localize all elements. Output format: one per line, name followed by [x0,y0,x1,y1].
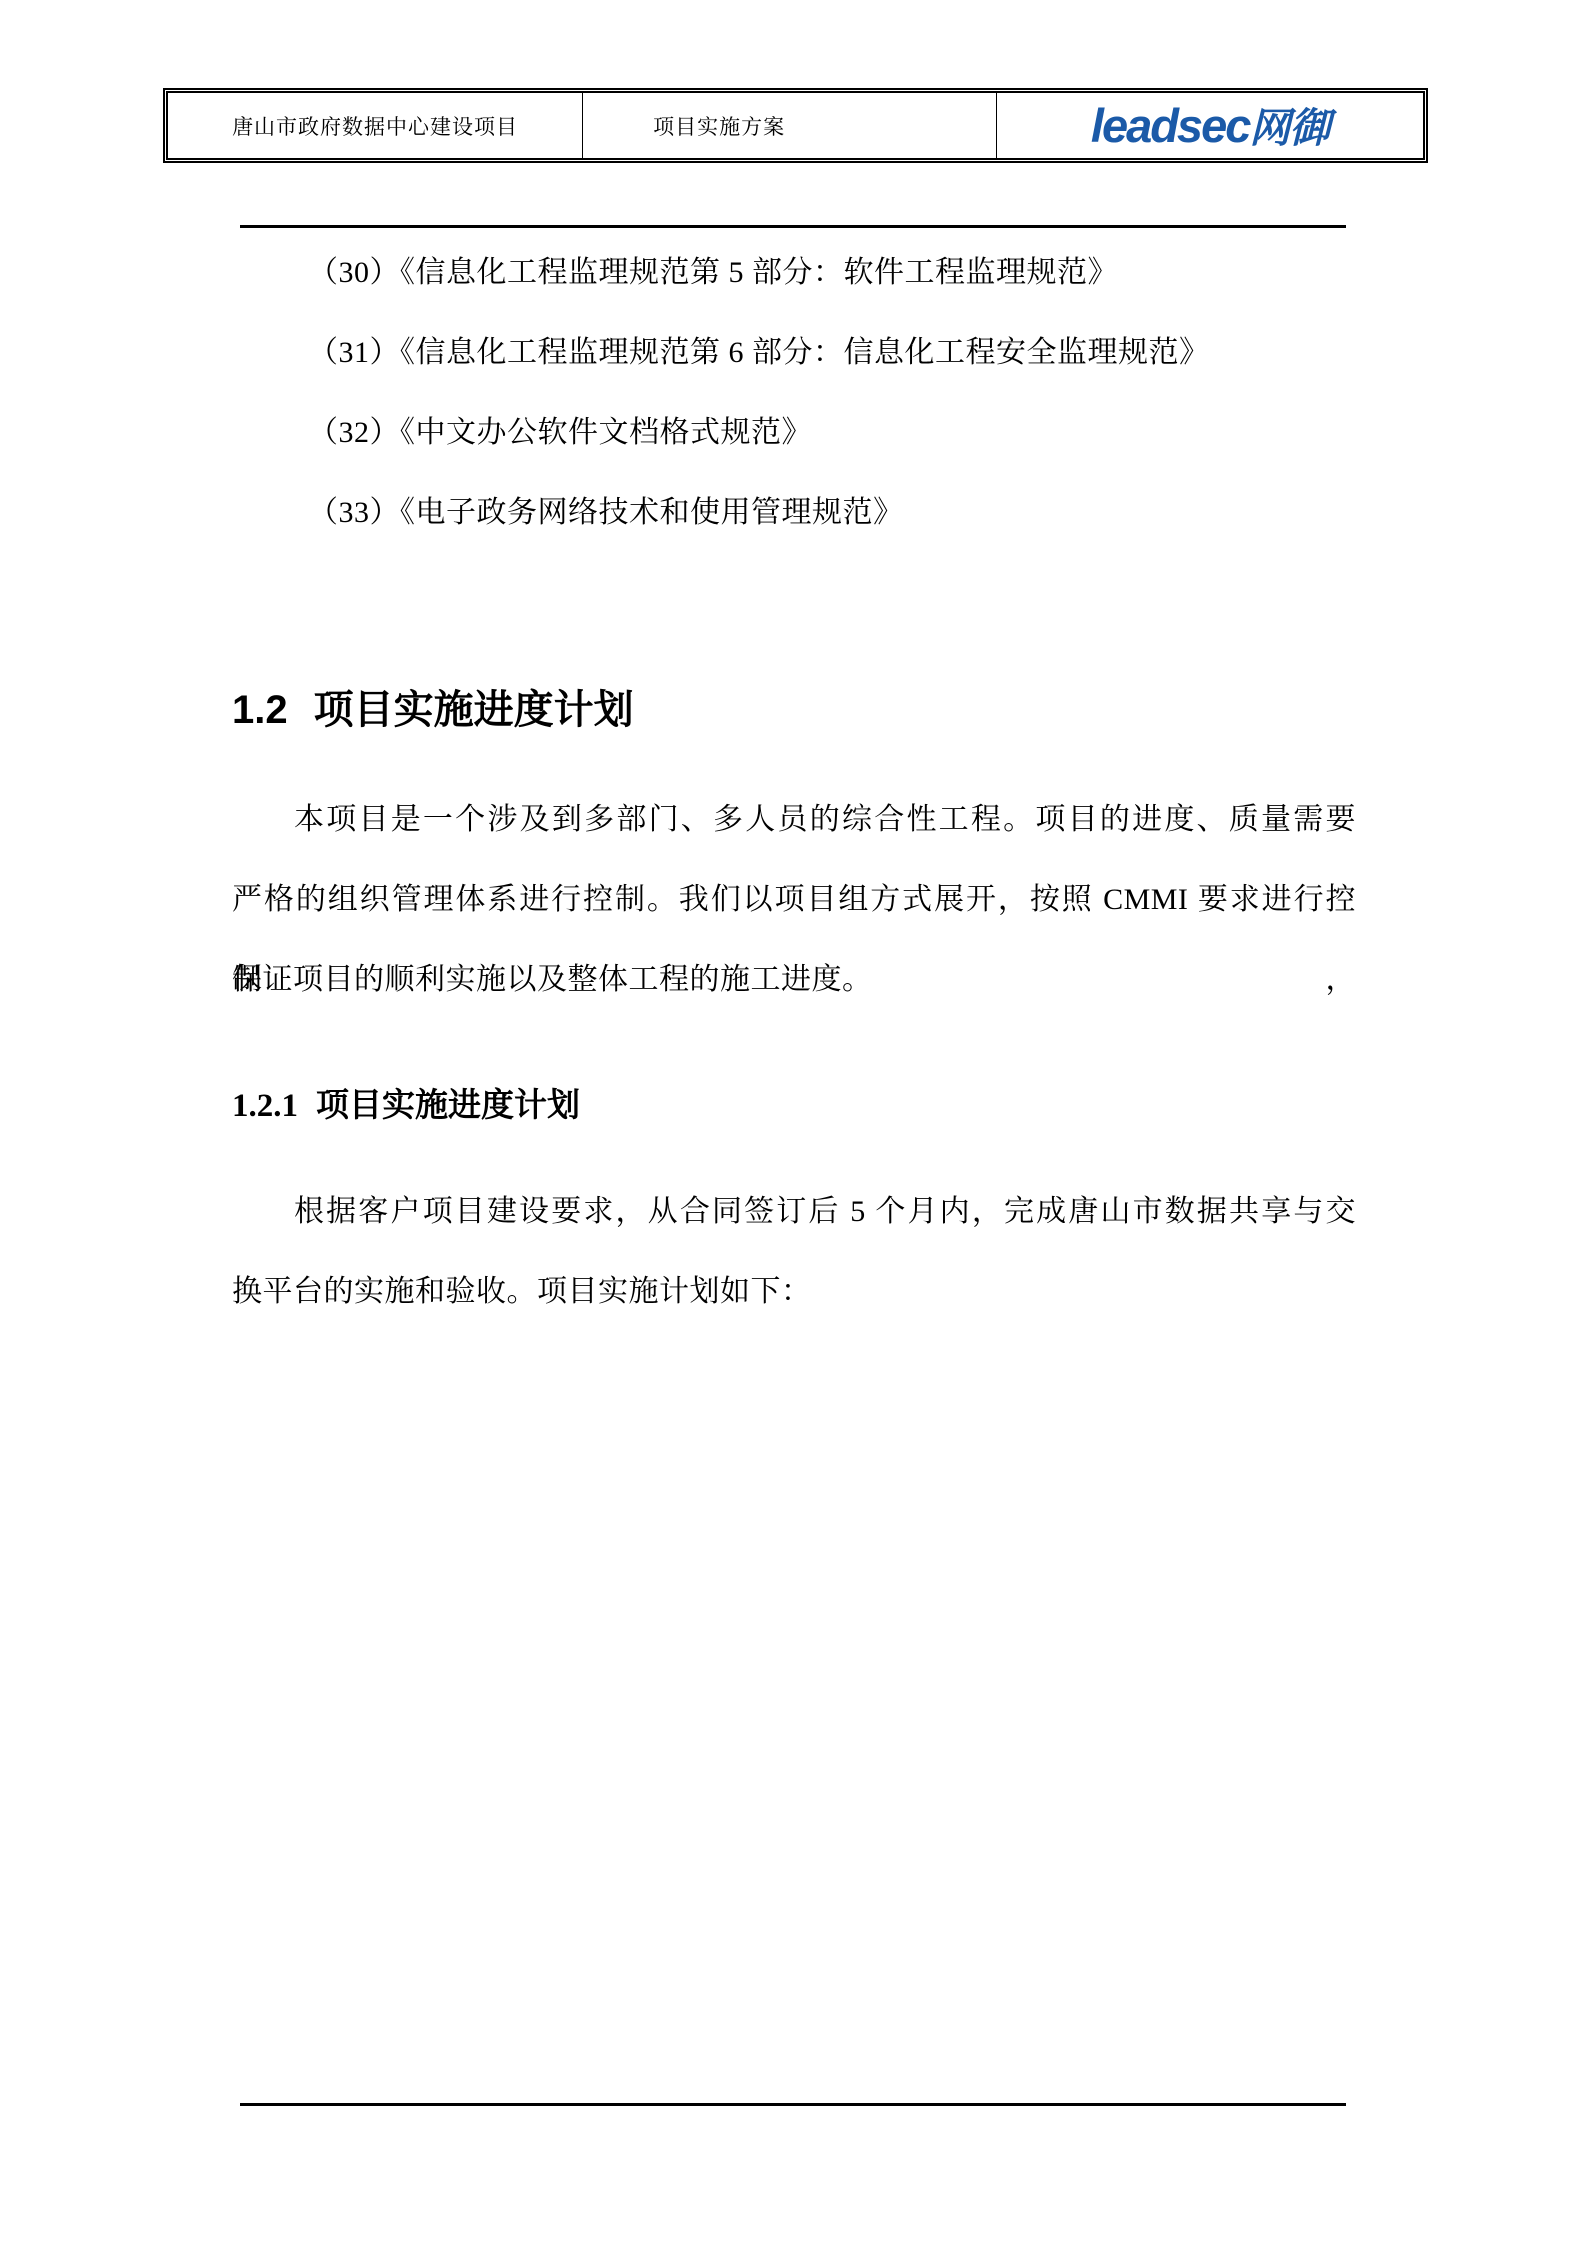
footer-rule [240,2103,1346,2106]
list-item: （32）《中文办公软件文档格式规范》 [232,393,1422,473]
subsection-title: 项目实施进度计划 [316,1086,580,1123]
paragraph-line: 严格的组织管理体系进行控制。我们以项目组方式展开，按照 CMMI 要求进行控制， [232,860,1356,940]
leadsec-logo: leadsec网御 [1091,102,1329,149]
subsection-heading: 1.2.1项目实施进度计划 [232,1084,580,1127]
section-paragraph: 本项目是一个涉及到多部门、多人员的综合性工程。项目的进度、质量需要 严格的组织管… [232,780,1356,1020]
reference-list: （30）《信息化工程监理规范第 5 部分：软件工程监理规范》 （31）《信息化工… [232,233,1422,553]
section-title: 项目实施进度计划 [314,688,634,732]
page-header-table: 唐山市政府数据中心建设项目 项目实施方案 leadsec网御 [163,88,1428,163]
section-heading: 1.2项目实施进度计划 [232,686,634,734]
logo-cjk-text: 网御 [1249,105,1329,151]
list-item: （31）《信息化工程监理规范第 6 部分：信息化工程安全监理规范》 [232,313,1422,393]
header-logo-cell: leadsec网御 [996,93,1423,158]
header-doc-title: 项目实施方案 [582,93,996,158]
list-item: （30）《信息化工程监理规范第 5 部分：软件工程监理规范》 [232,233,1422,313]
subsection-paragraph: 根据客户项目建设要求，从合同签订后 5 个月内，完成唐山市数据共享与交 换平台的… [232,1172,1356,1332]
subsection-number: 1.2.1 [232,1088,298,1124]
paragraph-line: 根据客户项目建设要求，从合同签订后 5 个月内，完成唐山市数据共享与交 [232,1172,1356,1252]
header-project-name: 唐山市政府数据中心建设项目 [168,93,582,158]
paragraph-line: 本项目是一个涉及到多部门、多人员的综合性工程。项目的进度、质量需要 [232,780,1356,860]
logo-latin-text: leadsec [1091,99,1249,152]
list-item: （33）《电子政务网络技术和使用管理规范》 [232,473,1422,553]
header-rule [240,225,1346,228]
section-number: 1.2 [232,688,288,732]
paragraph-line: 换平台的实施和验收。项目实施计划如下： [232,1252,1356,1332]
document-page: 唐山市政府数据中心建设项目 项目实施方案 leadsec网御 （30）《信息化工… [0,0,1587,2245]
